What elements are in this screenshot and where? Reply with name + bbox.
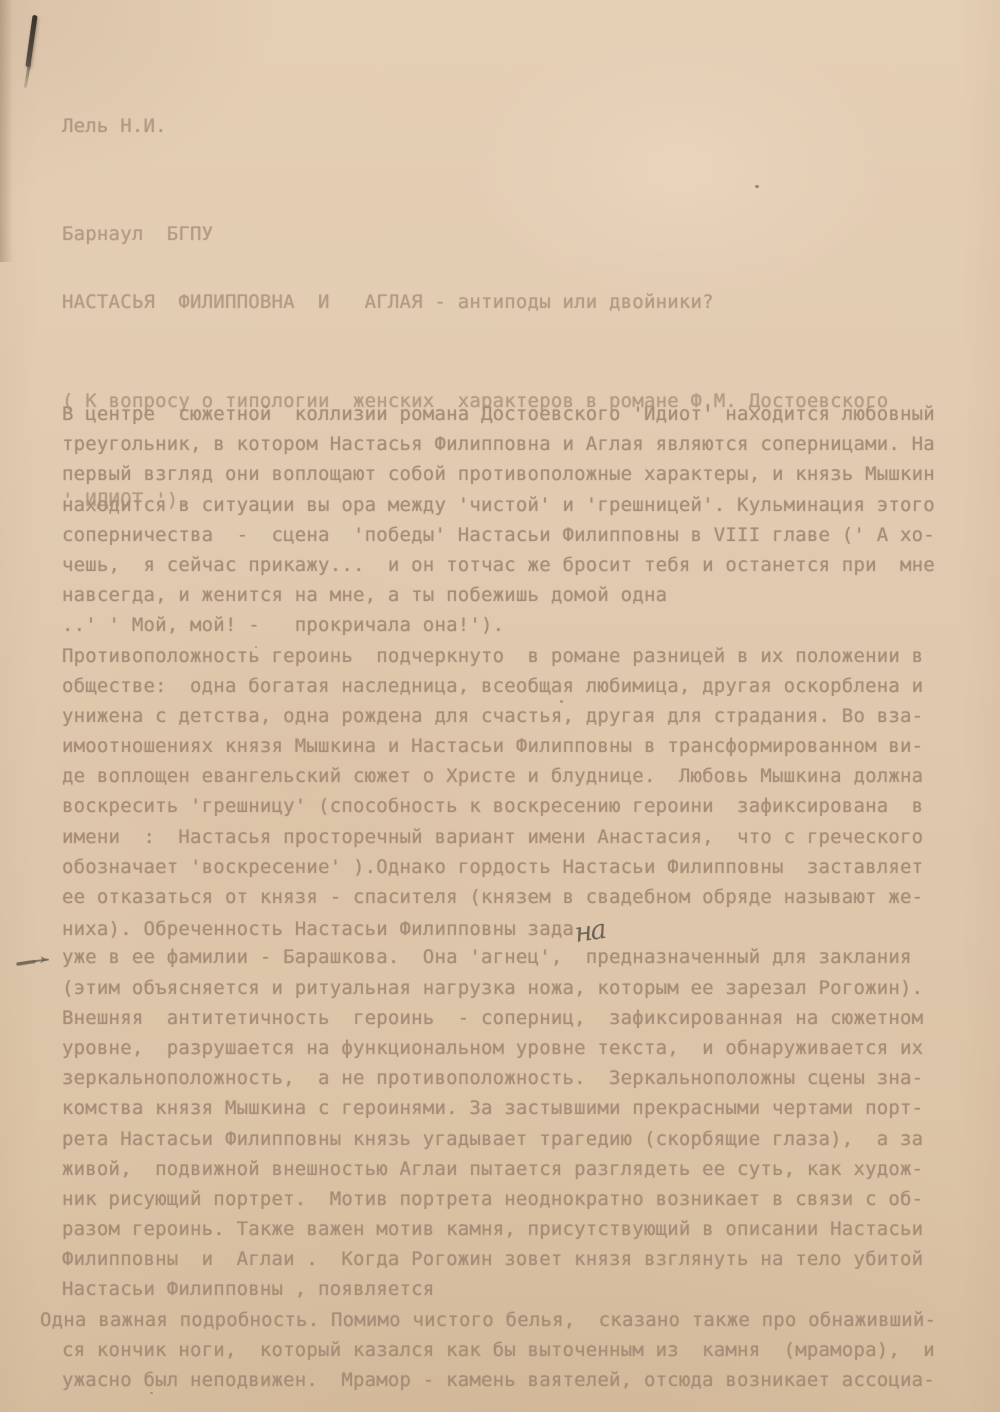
typewritten-line: находится в ситуации вы ора между 'чисто… (62, 490, 972, 520)
typewritten-line: ся кончик ноги, который казался как бы в… (62, 1335, 972, 1365)
line-text: ся кончик ноги, который казался как бы в… (62, 1339, 935, 1361)
typewritten-line: унижена с детства, одна рождена для счас… (62, 701, 972, 731)
page-edge-shadow (0, 0, 13, 262)
typewritten-line: Противоположность героинь подчеркнуто в … (62, 641, 972, 671)
line-text: ник рисующий портрет. Мотив портрета нео… (62, 1188, 923, 1210)
paper-speck (255, 646, 257, 648)
typewritten-line: ее отказаться от князя - спасителя (княз… (62, 882, 972, 912)
typewritten-line: Одна важная подробность. Помимо чистого … (40, 1305, 972, 1335)
paper-speck (150, 1392, 153, 1394)
typewritten-line: обществе: одна богатая наследница, всеоб… (62, 671, 972, 701)
typewritten-line: зеркальноположность, а не противоположно… (62, 1063, 972, 1093)
line-text: (этим объясняется и ритуальная нагрузка … (62, 977, 923, 999)
line-text: имоотношениях князя Мышкина и Настасьи Ф… (62, 735, 923, 757)
line-text: Одна важная подробность. Помимо чистого … (40, 1309, 936, 1331)
line-text: Настасьи Филипповны , появляется (62, 1278, 434, 1300)
typewritten-line: ..' ' Мой, мой! - прокричала она!'). (62, 610, 972, 640)
typewritten-line: навсегда, и женится на мне, а ты побежиш… (62, 580, 972, 610)
line-text: живой, подвижной внешностью Аглаи пытает… (62, 1158, 923, 1180)
line-text: Противоположность героинь подчеркнуто в … (62, 645, 923, 667)
typewritten-line: (этим объясняется и ритуальная нагрузка … (62, 973, 972, 1003)
body-text: В центре сюжетной коллизии романа Достое… (62, 399, 972, 1395)
typewritten-line: соперничества - сцена 'победы' Настасьи … (62, 520, 972, 550)
typewritten-line: уровне, разрушается на функциональном ур… (62, 1033, 972, 1063)
typewritten-line: живой, подвижной внешностью Аглаи пытает… (62, 1154, 972, 1184)
line-text: Филипповны и Аглаи . Когда Рогожин зовет… (62, 1248, 923, 1270)
document-page: Лель Н.И. Барнаул БГПУ НАСТАСЬЯ ФИЛИППОВ… (0, 0, 1000, 1412)
line-text: обществе: одна богатая наследница, всеоб… (62, 675, 923, 697)
line-text: В центре сюжетной коллизии романа Достое… (62, 403, 935, 425)
line-text: зеркальноположность, а не противоположно… (62, 1067, 923, 1089)
line-text: разом героинь. Также важен мотив камня, … (62, 1218, 923, 1240)
typewritten-line: имоотношениях князя Мышкина и Настасьи Ф… (62, 731, 972, 761)
line-text: треугольник, в котором Настасья Филиппов… (62, 433, 935, 455)
paper-speck (755, 185, 759, 188)
staple-pin-shadow (24, 62, 31, 88)
typewritten-line: ниха). Обреченность Настасьи Филипповны … (62, 912, 972, 942)
line-text: унижена с детства, одна рождена для счас… (62, 705, 923, 727)
author-name: Лель Н.И. (62, 108, 213, 144)
line-text: уже в ее фамилии - Барашкова. Она 'агнец… (62, 946, 912, 968)
typewritten-line: воскресить 'грешницу' (способность к вос… (62, 791, 972, 821)
line-text: ниха). Обреченность Настасьи Филипповны … (62, 918, 574, 940)
line-text: Внешняя антитетичность героинь - соперни… (62, 1007, 923, 1029)
line-text: соперничества - сцена 'победы' Настасьи … (62, 524, 935, 546)
line-text: обозначает 'воскресение' ).Однако гордос… (62, 856, 923, 878)
typewritten-line: комства князя Мышкина с героинями. За за… (62, 1093, 972, 1123)
line-text: де воплощен евангельский сюжет о Христе … (62, 765, 923, 787)
line-text: первый взгляд они воплощают собой против… (62, 463, 935, 485)
staple-pin (25, 15, 37, 67)
typewritten-line: обозначает 'воскресение' ).Однако гордос… (62, 852, 972, 882)
typewritten-line: треугольник, в котором Настасья Филиппов… (62, 429, 972, 459)
typewritten-line: Настасьи Филипповны , появляется (62, 1274, 972, 1304)
typewritten-line: разом героинь. Также важен мотив камня, … (62, 1214, 972, 1244)
typewritten-line: уже в ее фамилии - Барашкова. Она 'агнец… (62, 942, 972, 972)
line-text: воскресить 'грешницу' (способность к вос… (62, 795, 923, 817)
typewritten-line: Филипповны и Аглаи . Когда Рогожин зовет… (62, 1244, 972, 1274)
typewritten-line: Внешняя антитетичность героинь - соперни… (62, 1003, 972, 1033)
typewritten-line: первый взгляд они воплощают собой против… (62, 459, 972, 489)
typewritten-line: В центре сюжетной коллизии романа Достое… (62, 399, 972, 429)
typewritten-line: ник рисующий портрет. Мотив портрета нео… (62, 1184, 972, 1214)
typewritten-line: рета Настасьи Филипповны князь угадывает… (62, 1124, 972, 1154)
line-text: находится в ситуации вы ора между 'чисто… (62, 494, 935, 516)
typewritten-line: де воплощен евангельский сюжет о Христе … (62, 761, 972, 791)
line-text: уровне, разрушается на функциональном ур… (62, 1037, 923, 1059)
paper-speck (560, 700, 563, 703)
line-text: ее отказаться от князя - спасителя (княз… (62, 886, 923, 908)
line-text: ..' ' Мой, мой! - прокричала она!'). (62, 614, 504, 636)
line-text: рета Настасьи Филипповны князь угадывает… (62, 1128, 923, 1150)
title-line-1: НАСТАСЬЯ ФИЛИППОВНА И АГЛАЯ - антиподы и… (62, 286, 888, 319)
line-text: комства князя Мышкина с героинями. За за… (62, 1097, 923, 1119)
typewritten-line: ужасно был неподвижен. Мрамор - камень в… (62, 1365, 972, 1395)
typewritten-line: чешь, я сейчас прикажу... и он тотчас же… (62, 550, 972, 580)
handwritten-margin-arrow-icon (16, 947, 58, 961)
line-text: чешь, я сейчас прикажу... и он тотчас же… (62, 554, 935, 576)
line-text: имени : Настасья просторечный вариант им… (62, 826, 923, 848)
typewritten-line: имени : Настасья просторечный вариант им… (62, 822, 972, 852)
line-text: ужасно был неподвижен. Мрамор - камень в… (62, 1369, 935, 1391)
line-text: навсегда, и женится на мне, а ты побежиш… (62, 584, 667, 606)
